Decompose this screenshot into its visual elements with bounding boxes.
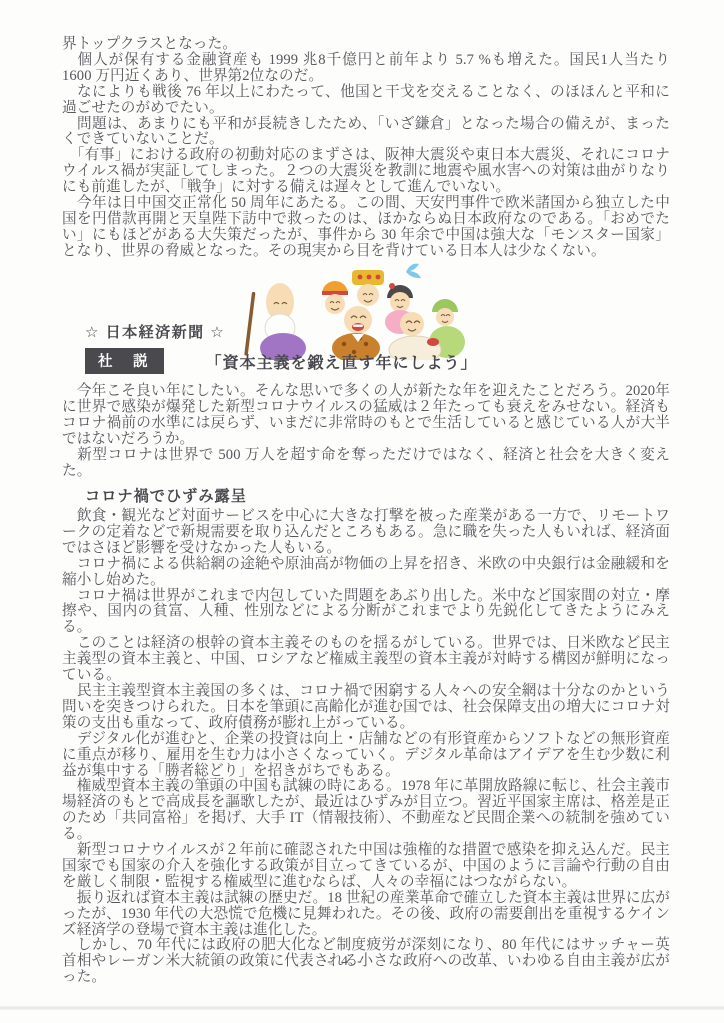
subsection-heading: コロナ禍でひずみ露呈: [85, 485, 247, 506]
paragraph: デジタル化が進むと、企業の投資は向上・店舗などの有形資産からソフトなどの無形資産…: [62, 732, 670, 780]
editorial-body-block: 飲食・観光など対面サービスを中心に大きな打撃を被った産業がある一方で、リモートワ…: [62, 509, 670, 986]
paragraph: 振り返れば資本主義は試練の歴史だ。18 世紀の産業革命で確立した資本主義は世界に…: [62, 891, 670, 939]
newspaper-section-heading: ☆ 日本経済新聞 ☆: [85, 321, 225, 342]
editorial-lead-block: 今年こそ良い年にしたい。そんな思いで多くの人が新たな年を迎えたことだろう。202…: [62, 384, 670, 479]
paragraph: 権威型資本主義の筆頭の中国も試練の時にある。1978 年に革開放路線に転じ、社会…: [62, 779, 670, 843]
scanned-document-page: { "colors": { "text": "#55555c", "headin…: [0, 0, 724, 1023]
paragraph: 個人が保有する金融資産も 1999 兆8千億円と前年より 5.7 %も増えた。国…: [62, 53, 670, 85]
paragraph: このことは経済の根幹の資本主義そのものを揺るがしている。世界では、日米欧など民主…: [62, 636, 670, 684]
paragraph: 問題は、あまりにも平和が長続きしたため、「いざ鎌倉」となった場合の備えが、まった…: [62, 117, 670, 149]
continuation-text-block: 界トップクラスとなった。 個人が保有する金融資産も 1999 兆8千億円と前年よ…: [62, 37, 670, 260]
scan-edge-shadow: [0, 1006, 724, 1010]
seven-lucky-gods-illustration: [240, 262, 476, 360]
paragraph: 今年こそ良い年にしたい。そんな思いで多くの人が新たな年を迎えたことだろう。202…: [62, 384, 670, 448]
paragraph: コロナ禍による供給網の途絶や原油高が物価の上昇を招き、米欧の中央銀行は金融緩和を…: [62, 557, 670, 589]
seven-lucky-gods-icon: [240, 262, 476, 360]
paragraph: コロナ禍は世界がこれまで内包していた問題をあぶり出した。米中など国家間の対立・摩…: [62, 589, 670, 637]
paragraph: 飲食・観光など対面サービスを中心に大きな打撃を被った産業がある一方で、リモートワ…: [62, 509, 670, 557]
editorial-header: 社 説 「資本主義を鍛え直す年にしよう」: [85, 348, 478, 374]
page-number: - 4 -: [0, 953, 708, 969]
paragraph: なによりも戦後 76 年以上にわたって、他国と干戈を交えることなく、のほほんと平…: [62, 85, 670, 117]
paragraph: 界トップクラスとなった。: [62, 37, 670, 53]
paragraph: 民主主義型資本主義国の多くは、コロナ禍で困窮する人々への安全網は十分なのかという…: [62, 684, 670, 732]
paragraph: 新型コロナウイルスが２年前に確認された中国は強権的な措置で感染を抑え込んだ。民主…: [62, 843, 670, 891]
editorial-title: 「資本主義を鍛え直す年にしよう」: [206, 350, 478, 373]
scan-artifact-dot: [329, 962, 333, 965]
paragraph: 今年は日中国交正常化 50 周年にあたる。この間、天安門事件で欧米諸国から独立し…: [62, 196, 670, 260]
paragraph: 新型コロナは世界で 500 万人を超す命を奪っただけではなく、経済と社会を大きく…: [62, 448, 670, 480]
paragraph: 「有事」における政府の初動対応のまずさは、阪神大震災や東日本大震災、それにコロナ…: [62, 148, 670, 196]
editorial-badge: 社 説: [85, 348, 164, 374]
